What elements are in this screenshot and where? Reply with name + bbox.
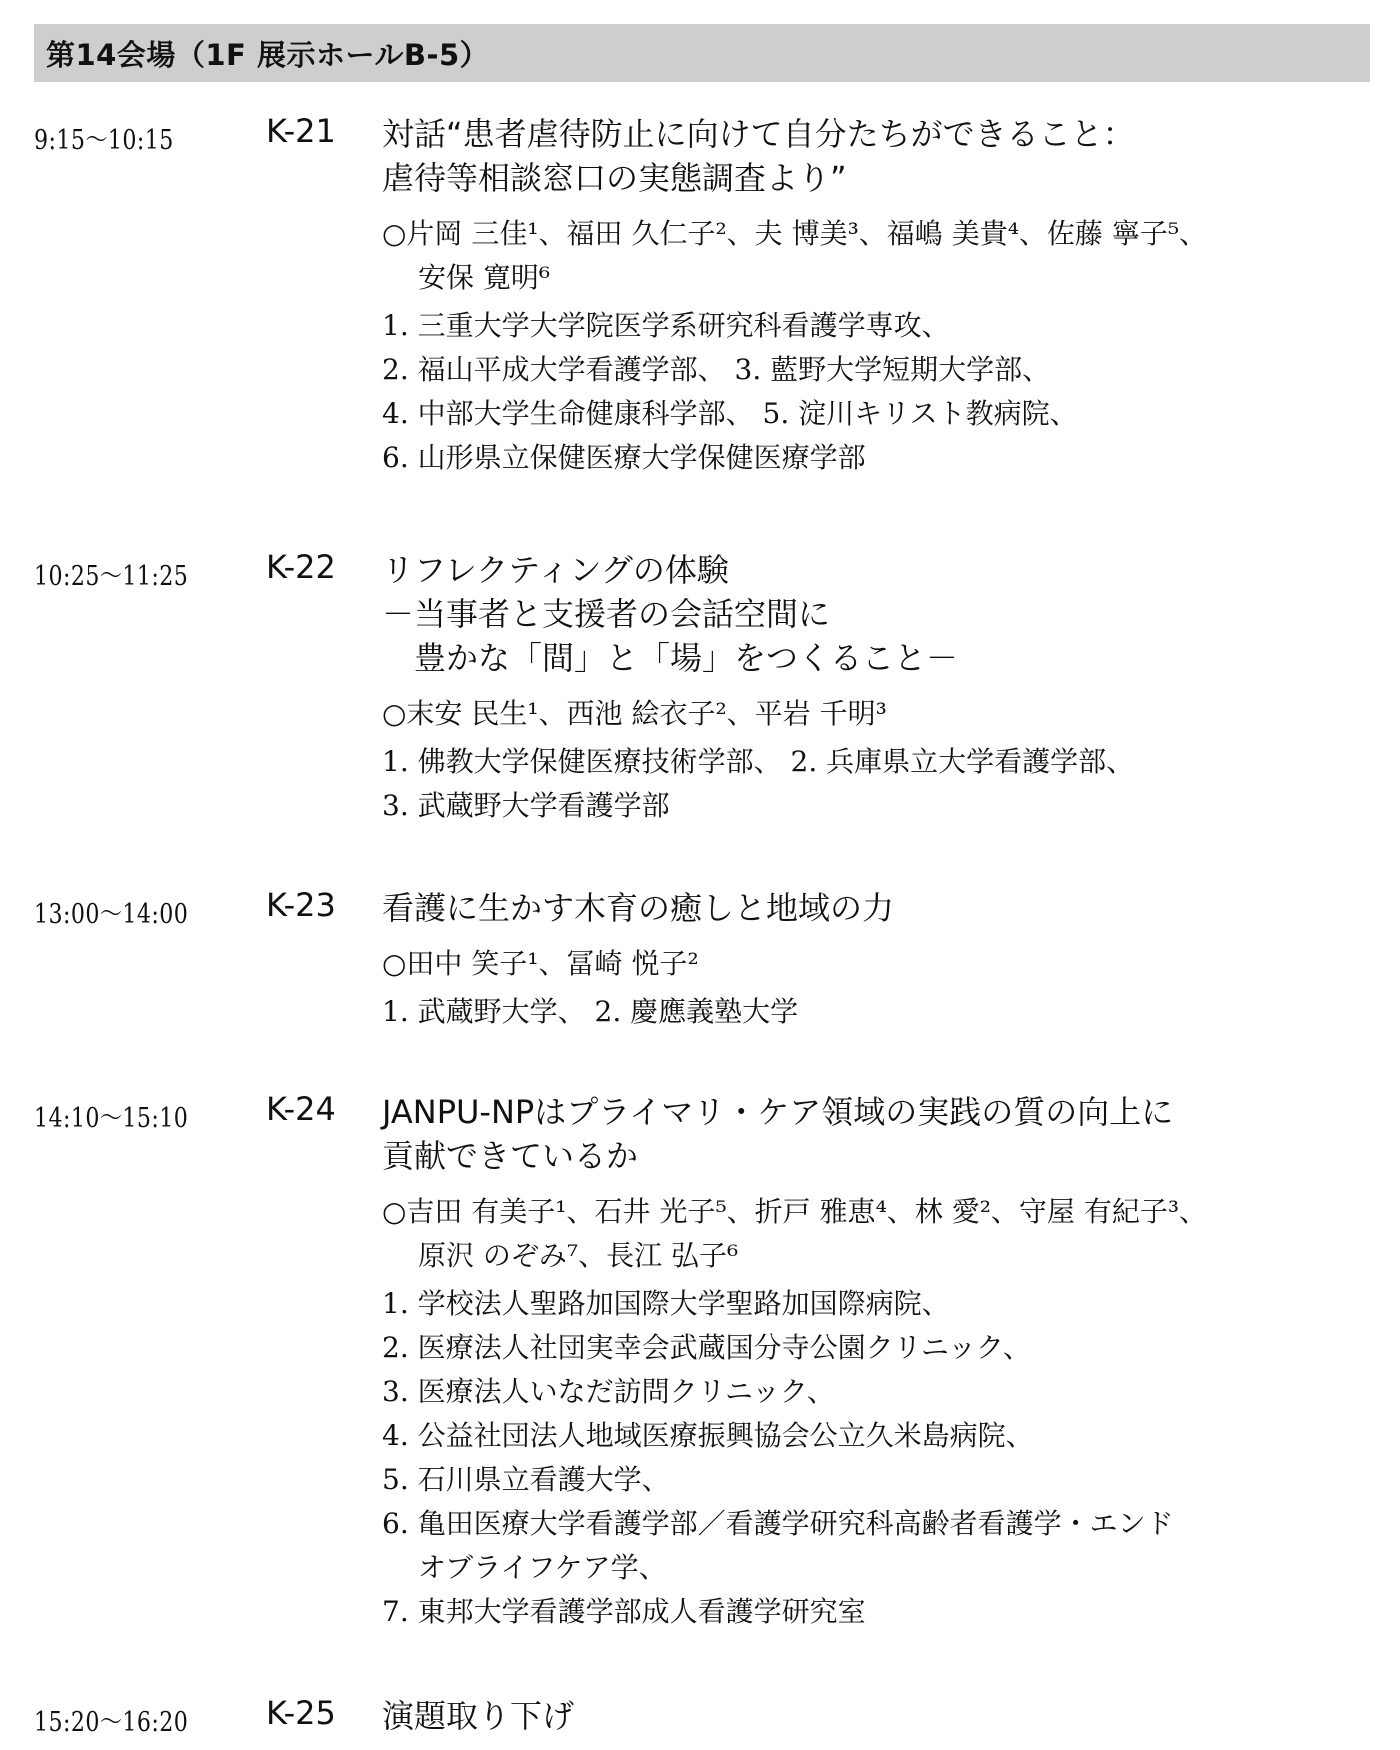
title-line: リフレクティングの体験	[382, 548, 1382, 592]
affiliation-line: 6. 山形県立保健医療大学保健医療学部	[382, 436, 1382, 480]
title-line: 看護に生かす木育の癒しと地域の力	[382, 886, 1382, 930]
author-line: ○片岡 三佳¹、福田 久仁子²、夫 博美³、福嶋 美貴⁴、佐藤 寧子⁵、	[382, 212, 1382, 256]
session-authors: ○片岡 三佳¹、福田 久仁子²、夫 博美³、福嶋 美貴⁴、佐藤 寧子⁵、 安保 …	[382, 212, 1382, 300]
session-authors: ○末安 民生¹、西池 絵衣子²、平岩 千明³	[382, 692, 1382, 736]
affiliation-line: 4. 中部大学生命健康科学部、 5. 淀川キリスト教病院、	[382, 392, 1382, 436]
session-affiliations: 1. 佛教大学保健医療技術学部、 2. 兵庫県立大学看護学部、 3. 武蔵野大学…	[382, 740, 1382, 828]
session-affiliations: 1. 武蔵野大学、 2. 慶應義塾大学	[382, 990, 1382, 1034]
session-code: K-25	[266, 1694, 336, 1732]
author-line: ○末安 民生¹、西池 絵衣子²、平岩 千明³	[382, 692, 1382, 736]
affiliation-line: 1. 佛教大学保健医療技術学部、 2. 兵庫県立大学看護学部、	[382, 740, 1382, 784]
session-affiliations: 1. 学校法人聖路加国際大学聖路加国際病院、 2. 医療法人社団実幸会武蔵国分寺…	[382, 1282, 1382, 1634]
affiliation-line: 5. 石川県立看護大学、	[382, 1458, 1382, 1502]
room-title: 第14会場（1F 展示ホールB-5）	[46, 33, 489, 74]
title-line: －当事者と支援者の会話空間に	[382, 592, 1382, 636]
affiliation-line: 1. 武蔵野大学、 2. 慶應義塾大学	[382, 990, 1382, 1034]
author-line: 原沢 のぞみ⁷、長江 弘子⁶	[382, 1234, 1382, 1278]
session-code: K-24	[266, 1090, 336, 1128]
session-time: 13:00～14:00	[34, 892, 188, 931]
title-line: 虐待等相談窓口の実態調査より”	[382, 156, 1382, 200]
affiliation-line: 6. 亀田医療大学看護学部／看護学研究科高齢者看護学・エンド	[382, 1502, 1382, 1546]
session-title: 看護に生かす木育の癒しと地域の力	[382, 886, 1382, 930]
affiliation-line: 3. 医療法人いなだ訪問クリニック、	[382, 1370, 1382, 1414]
session-authors: ○吉田 有美子¹、石井 光子⁵、折戸 雅恵⁴、林 愛²、守屋 有紀子³、 原沢 …	[382, 1190, 1382, 1278]
affiliation-line: 7. 東邦大学看護学部成人看護学研究室	[382, 1590, 1382, 1634]
affiliation-line: 2. 福山平成大学看護学部、 3. 藍野大学短期大学部、	[382, 348, 1382, 392]
session-time: 9:15～10:15	[34, 118, 174, 157]
session-code: K-22	[266, 548, 336, 586]
session-title: リフレクティングの体験 －当事者と支援者の会話空間に 豊かな「間」と「場」をつく…	[382, 548, 1382, 680]
session-code: K-21	[266, 112, 336, 150]
affiliation-line: 1. 学校法人聖路加国際大学聖路加国際病院、	[382, 1282, 1382, 1326]
affiliation-line: 4. 公益社団法人地域医療振興協会公立久米島病院、	[382, 1414, 1382, 1458]
title-line: 貢献できているか	[382, 1134, 1382, 1178]
affiliation-line: 1. 三重大学大学院医学系研究科看護学専攻、	[382, 304, 1382, 348]
affiliation-line: 2. 医療法人社団実幸会武蔵国分寺公園クリニック、	[382, 1326, 1382, 1370]
author-line: 安保 寛明⁶	[382, 256, 1382, 300]
session-authors: ○田中 笑子¹、冨崎 悦子²	[382, 942, 1382, 986]
session-title: JANPU-NPはプライマリ・ケア領域の実践の質の向上に 貢献できているか	[382, 1090, 1382, 1178]
title-line: JANPU-NPはプライマリ・ケア領域の実践の質の向上に	[382, 1090, 1382, 1134]
session-title: 対話“患者虐待防止に向けて自分たちができること： 虐待等相談窓口の実態調査より”	[382, 112, 1382, 200]
title-line: 演題取り下げ	[382, 1694, 1382, 1738]
session-title: 演題取り下げ	[382, 1694, 1382, 1738]
title-line: 対話“患者虐待防止に向けて自分たちができること：	[382, 112, 1382, 156]
title-line: 豊かな「間」と「場」をつくること－	[382, 636, 1382, 680]
affiliation-line: 3. 武蔵野大学看護学部	[382, 784, 1382, 828]
session-code: K-23	[266, 886, 336, 924]
author-line: ○田中 笑子¹、冨崎 悦子²	[382, 942, 1382, 986]
session-time: 10:25～11:25	[34, 554, 188, 593]
session-affiliations: 1. 三重大学大学院医学系研究科看護学専攻、 2. 福山平成大学看護学部、 3.…	[382, 304, 1382, 480]
session-time: 14:10～15:10	[34, 1096, 188, 1135]
affiliation-line: オブライフケア学、	[382, 1546, 1382, 1590]
room-header: 第14会場（1F 展示ホールB-5）	[34, 24, 1370, 82]
author-line: ○吉田 有美子¹、石井 光子⁵、折戸 雅恵⁴、林 愛²、守屋 有紀子³、	[382, 1190, 1382, 1234]
session-time: 15:20～16:20	[34, 1700, 188, 1739]
